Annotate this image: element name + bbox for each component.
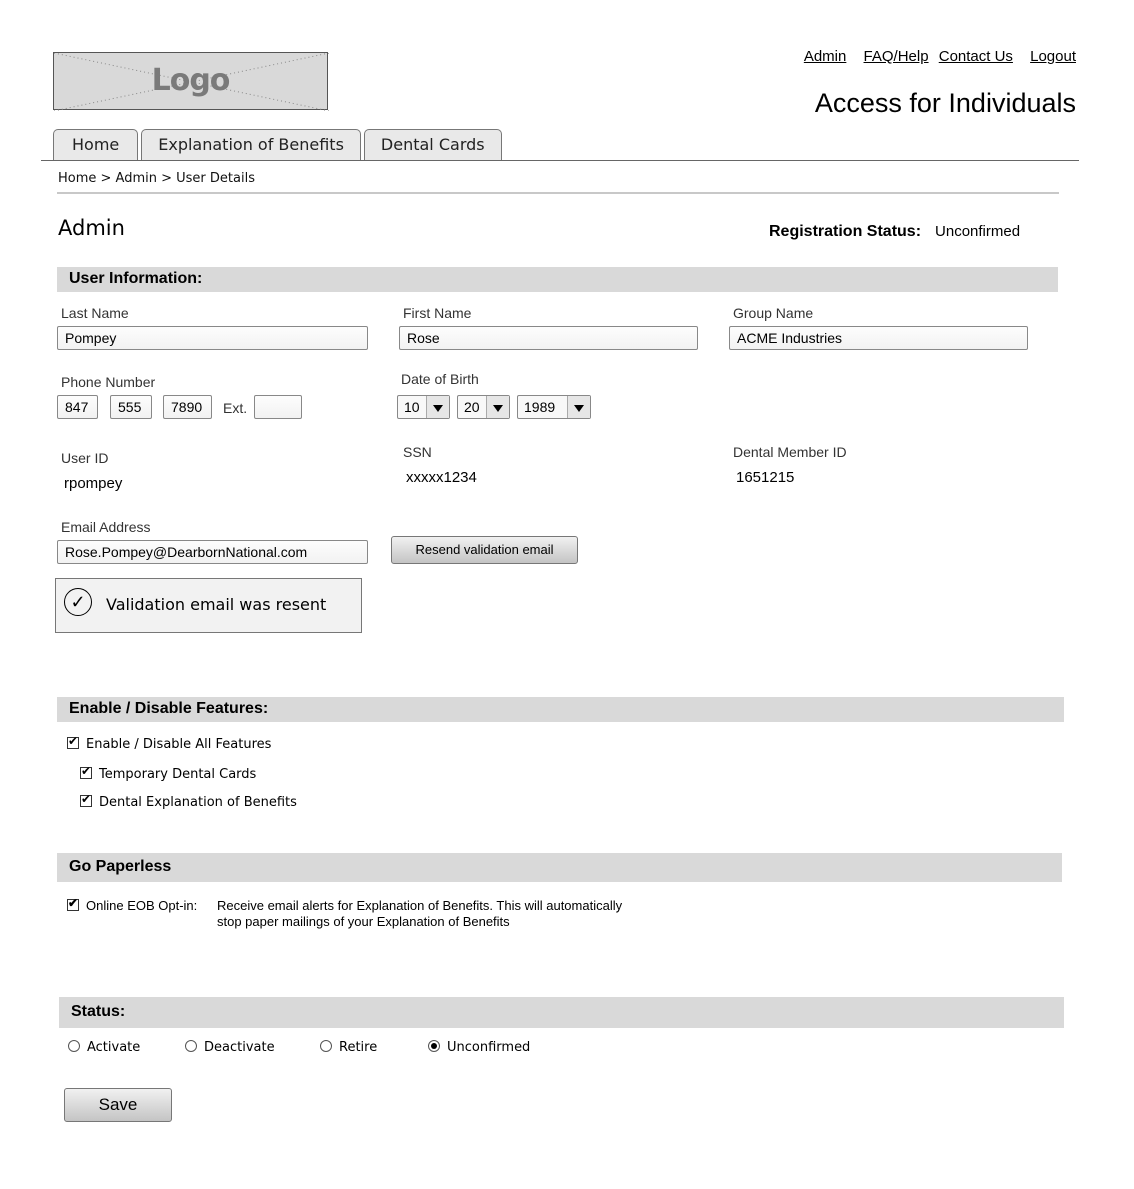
tab-home[interactable]: Home xyxy=(53,129,138,160)
registration-status-label: Registration Status: xyxy=(769,223,921,240)
breadcrumb-divider xyxy=(57,192,1059,194)
radio-unselected-icon[interactable] xyxy=(68,1040,80,1052)
save-button[interactable]: Save xyxy=(64,1088,172,1122)
checkmark-circle-icon: ✓ xyxy=(64,588,92,616)
email-address-label: Email Address xyxy=(61,519,150,535)
tab-dental-cards[interactable]: Dental Cards xyxy=(364,129,502,160)
chevron-down-icon[interactable] xyxy=(567,396,590,418)
checkbox-checked-icon[interactable] xyxy=(80,767,92,779)
last-name-input[interactable]: Pompey xyxy=(57,326,368,350)
dental-member-id-value: 1651215 xyxy=(736,469,794,486)
user-id-value: rpompey xyxy=(64,475,122,492)
feature-dental-eob-label: Dental Explanation of Benefits xyxy=(99,795,297,810)
phone-prefix-input[interactable]: 555 xyxy=(110,395,152,419)
status-option-label: Deactivate xyxy=(204,1040,275,1055)
page-title: Admin xyxy=(58,216,125,240)
dob-month-select[interactable]: 10 xyxy=(397,395,450,419)
email-address-input[interactable]: Rose.Pompey@DearbornNational.com xyxy=(57,540,368,564)
status-option-deactivate[interactable]: Deactivate xyxy=(185,1040,275,1055)
tab-explanation-of-benefits[interactable]: Explanation of Benefits xyxy=(141,129,361,160)
feature-dental-eob-row[interactable]: Dental Explanation of Benefits xyxy=(80,795,297,810)
online-eob-optin-label: Online EOB Opt-in: xyxy=(86,898,197,913)
date-of-birth-label: Date of Birth xyxy=(401,371,479,387)
optin-description-line-1: Receive email alerts for Explanation of … xyxy=(217,898,622,914)
feature-temporary-dental-cards-label: Temporary Dental Cards xyxy=(99,767,256,782)
phone-line-input[interactable]: 7890 xyxy=(163,395,212,419)
logo-text: Logo xyxy=(54,63,327,98)
chevron-down-icon[interactable] xyxy=(486,396,509,418)
first-name-label: First Name xyxy=(403,305,471,321)
link-faq-help[interactable]: FAQ/Help xyxy=(864,48,929,65)
validation-notice: ✓ Validation email was resent xyxy=(55,578,362,633)
registration-status-value: Unconfirmed xyxy=(935,223,1020,240)
checkbox-checked-icon[interactable] xyxy=(67,737,79,749)
group-name-label: Group Name xyxy=(733,305,813,321)
dental-member-id-label: Dental Member ID xyxy=(733,444,847,460)
status-header: Status: xyxy=(59,997,1064,1028)
phone-number-label: Phone Number xyxy=(61,374,155,390)
optin-description-line-2: stop paper mailings of your Explanation … xyxy=(217,914,622,930)
group-name-input[interactable]: ACME Industries xyxy=(729,326,1028,350)
dob-month-value: 10 xyxy=(398,396,426,418)
first-name-input[interactable]: Rose xyxy=(399,326,698,350)
feature-all-checkbox-row[interactable]: Enable / Disable All Features xyxy=(67,737,271,752)
phone-area-code-input[interactable]: 847 xyxy=(57,395,98,419)
ssn-label: SSN xyxy=(403,444,432,460)
features-header: Enable / Disable Features: xyxy=(57,697,1064,722)
main-tabs: Home Explanation of Benefits Dental Card… xyxy=(53,129,505,161)
site-title: Access for Individuals xyxy=(815,88,1076,119)
status-option-retire[interactable]: Retire xyxy=(320,1040,377,1055)
radio-unselected-icon[interactable] xyxy=(320,1040,332,1052)
status-option-activate[interactable]: Activate xyxy=(68,1040,140,1055)
checkbox-checked-icon[interactable] xyxy=(67,899,79,911)
breadcrumb: Home > Admin > User Details xyxy=(58,171,255,186)
phone-ext-input[interactable] xyxy=(254,395,302,419)
chevron-down-icon[interactable] xyxy=(426,396,449,418)
top-nav-links: Admin FAQ/Help Contact Us Logout xyxy=(804,48,1076,65)
online-eob-optin-row[interactable]: Online EOB Opt-in: xyxy=(67,898,197,913)
checkbox-checked-icon[interactable] xyxy=(80,795,92,807)
link-admin[interactable]: Admin xyxy=(804,48,847,65)
user-information-header: User Information: xyxy=(57,267,1058,292)
status-option-label: Unconfirmed xyxy=(447,1040,530,1055)
online-eob-optin-description: Receive email alerts for Explanation of … xyxy=(217,898,622,930)
status-option-label: Activate xyxy=(87,1040,140,1055)
tab-divider xyxy=(41,160,1079,161)
feature-all-label: Enable / Disable All Features xyxy=(86,737,271,752)
dob-day-value: 20 xyxy=(458,396,486,418)
logo-placeholder: Logo xyxy=(53,52,328,110)
dob-year-select[interactable]: 1989 xyxy=(517,395,591,419)
registration-status: Registration Status:Unconfirmed xyxy=(769,223,1020,241)
resend-validation-email-button[interactable]: Resend validation email xyxy=(391,536,578,564)
dob-day-select[interactable]: 20 xyxy=(457,395,510,419)
feature-temporary-dental-cards-row[interactable]: Temporary Dental Cards xyxy=(80,767,256,782)
go-paperless-header: Go Paperless xyxy=(57,853,1062,882)
status-option-unconfirmed[interactable]: Unconfirmed xyxy=(428,1040,530,1055)
last-name-label: Last Name xyxy=(61,305,129,321)
radio-selected-icon[interactable] xyxy=(428,1040,440,1052)
ssn-value: xxxxx1234 xyxy=(406,469,477,486)
status-option-label: Retire xyxy=(339,1040,377,1055)
user-id-label: User ID xyxy=(61,450,108,466)
link-contact-us[interactable]: Contact Us xyxy=(939,48,1013,65)
validation-notice-text: Validation email was resent xyxy=(106,595,326,614)
dob-year-value: 1989 xyxy=(518,396,567,418)
link-logout[interactable]: Logout xyxy=(1030,48,1076,65)
phone-ext-label: Ext. xyxy=(223,400,247,416)
radio-unselected-icon[interactable] xyxy=(185,1040,197,1052)
